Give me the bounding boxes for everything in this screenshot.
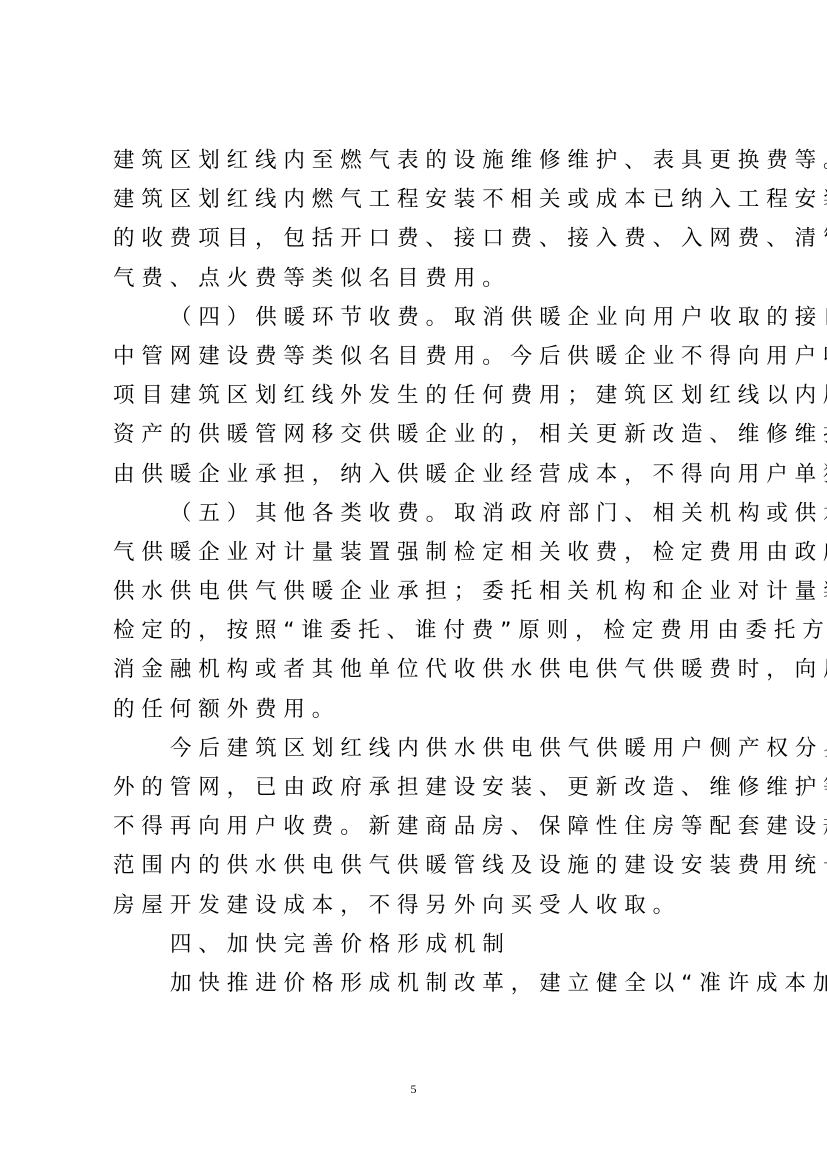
paragraph-start: 今后建筑区划红线内供水供电供气供暖用户侧产权分界点以: [113, 729, 717, 768]
text-line: 不得再向用户收费。新建商品房、保障性住房等配套建设规划红线: [113, 807, 717, 846]
text-line: 气费、点火费等类似名目费用。: [113, 259, 717, 298]
paragraph-start: 加快推进价格形成机制改革，建立健全以“准许成本加合理收: [113, 964, 717, 1003]
text-line: 由供暖企业承担，纳入供暖企业经营成本，不得向用户单独收费。: [113, 455, 717, 494]
text-line: 供水供电供气供暖企业承担；委托相关机构和企业对计量装置进行: [113, 572, 717, 611]
section-heading-other-fees: （五）其他各类收费。取消政府部门、相关机构或供水供电供: [113, 494, 717, 533]
text-line: 气供暖企业对计量装置强制检定相关收费，检定费用由政府部门或: [113, 533, 717, 572]
text-line: 房屋开发建设成本，不得另外向买受人收取。: [113, 886, 717, 925]
text-line: 建筑区划红线内至燃气表的设施维修维护、表具更换费等。取消与: [113, 141, 717, 180]
text-line: 消金融机构或者其他单位代收供水供电供气供暖费时，向用户加收: [113, 650, 717, 689]
text-line: 外的管网，已由政府承担建设安装、更新改造、维修维护等费用的，: [113, 768, 717, 807]
text-line: 范围内的供水供电供气供暖管线及设施的建设安装费用统一纳入: [113, 846, 717, 885]
text-line: 的任何额外费用。: [113, 690, 717, 729]
text-line: 的收费项目，包括开口费、接口费、接入费、入网费、清管费、通: [113, 219, 717, 258]
document-page: 建筑区划红线内至燃气表的设施维修维护、表具更换费等。取消与 建筑区划红线内燃气工…: [113, 141, 717, 1003]
text-line: 建筑区划红线内燃气工程安装不相关或成本已纳入工程安装成本: [113, 180, 717, 219]
text-line: 检定的，按照“谁委托、谁付费”原则，检定费用由委托方承担。取: [113, 611, 717, 650]
text-line: 项目建筑区划红线外发生的任何费用；建筑区划红线以内属于用户: [113, 376, 717, 415]
text-line: 资产的供暖管网移交供暖企业的，相关更新改造、维修维护等费用: [113, 415, 717, 454]
section-heading-heating-fees: （四）供暖环节收费。取消供暖企业向用户收取的接口费、集: [113, 298, 717, 337]
text-line: 中管网建设费等类似名目费用。今后供暖企业不得向用户收取建设: [113, 337, 717, 376]
page-number: 5: [0, 1082, 827, 1097]
section-heading-pricing-mechanism: 四、加快完善价格形成机制: [113, 925, 717, 964]
